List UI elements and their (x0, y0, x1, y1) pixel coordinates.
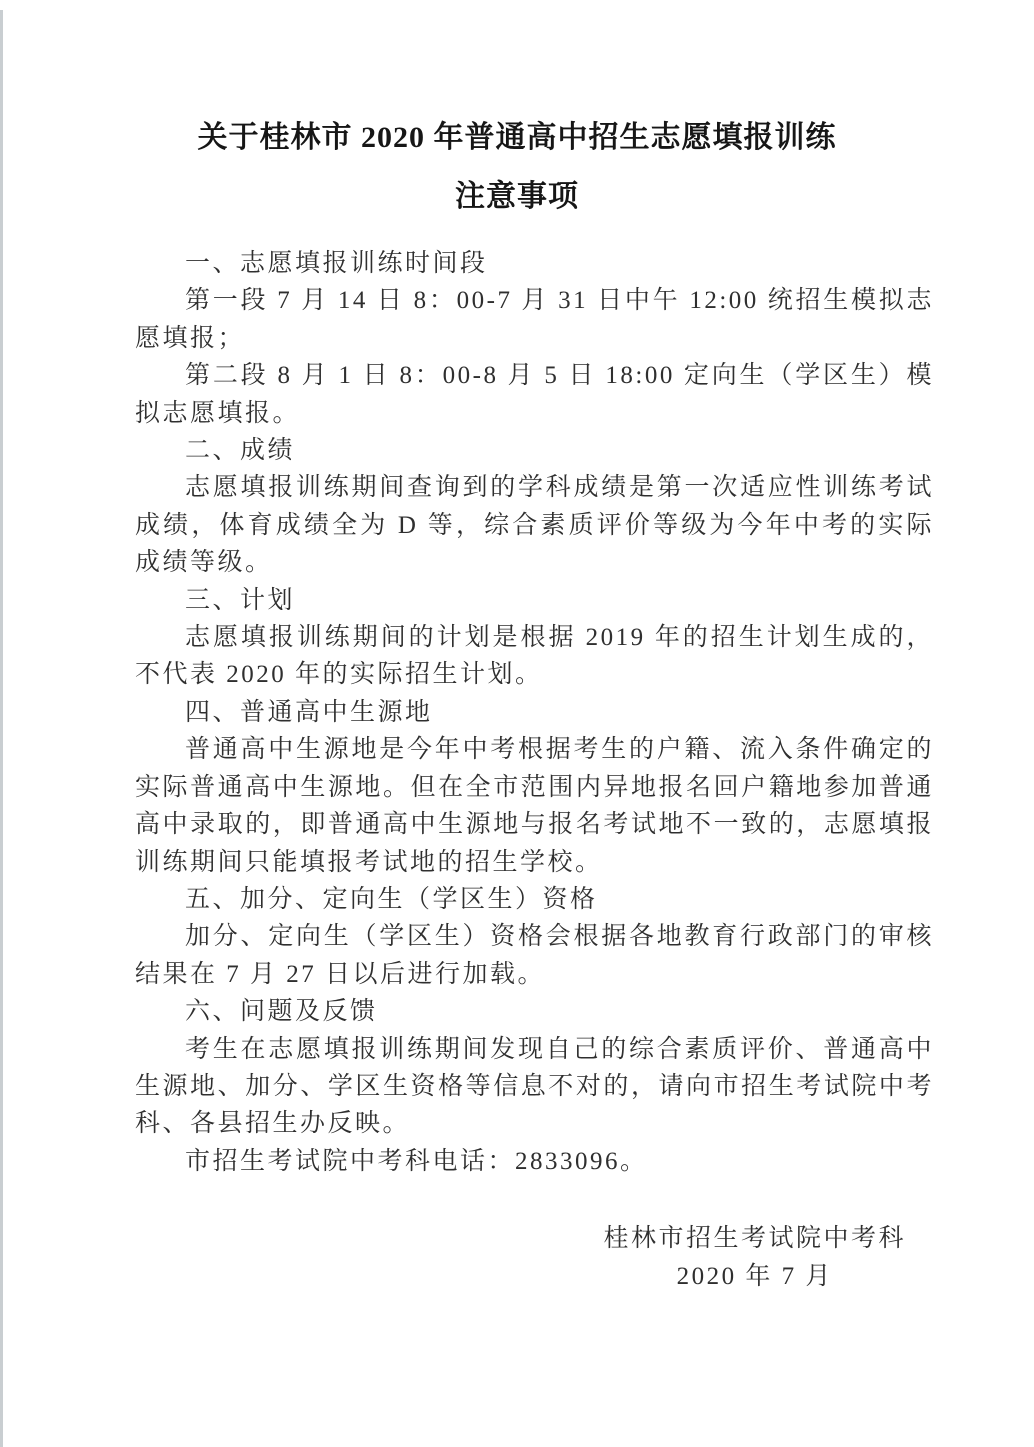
document-title-line2: 注意事项 (0, 177, 1034, 217)
section-6-paragraph-2: 市招生考试院中考科电话：2833096。 (135, 1143, 934, 1180)
section-2-heading: 二、成绩 (135, 432, 934, 469)
document-footer: 桂林市招生考试院中考科 2020 年 7 月 (0, 1220, 1034, 1296)
signature-date: 2020 年 7 月 (603, 1258, 906, 1296)
document-header: 关于桂林市 2020 年普通高中招生志愿填报训练 注意事项 (0, 0, 1034, 217)
page-left-edge (0, 10, 3, 1447)
section-4-heading: 四、普通高中生源地 (135, 694, 934, 731)
section-3-heading: 三、计划 (135, 582, 934, 619)
document-title-line1: 关于桂林市 2020 年普通高中招生志愿填报训练 (0, 118, 1034, 158)
document-page: 关于桂林市 2020 年普通高中招生志愿填报训练 注意事项 一、志愿填报训练时间… (0, 0, 1034, 1447)
section-1-paragraph-2: 第二段 8 月 1 日 8：00-8 月 5 日 18:00 定向生（学区生）模… (135, 357, 934, 432)
section-2-paragraph-1: 志愿填报训练期间查询到的学科成绩是第一次适应性训练考试成绩，体育成绩全为 D 等… (135, 469, 934, 581)
section-6-paragraph-1: 考生在志愿填报训练期间发现自己的综合素质评价、普通高中生源地、加分、学区生资格等… (135, 1031, 934, 1143)
section-4-paragraph-1: 普通高中生源地是今年中考根据考生的户籍、流入条件确定的实际普通高中生源地。但在全… (135, 731, 934, 881)
section-5-heading: 五、加分、定向生（学区生）资格 (135, 881, 934, 918)
signature-org: 桂林市招生考试院中考科 (603, 1220, 906, 1258)
section-5-paragraph-1: 加分、定向生（学区生）资格会根据各地教育行政部门的审核结果在 7 月 27 日以… (135, 918, 934, 993)
section-1-paragraph-1: 第一段 7 月 14 日 8：00-7 月 31 日中午 12:00 统招生模拟… (135, 282, 934, 357)
section-3-paragraph-1: 志愿填报训练期间的计划是根据 2019 年的招生计划生成的，不代表 2020 年… (135, 619, 934, 694)
section-6-heading: 六、问题及反馈 (135, 993, 934, 1030)
document-body: 一、志愿填报训练时间段 第一段 7 月 14 日 8：00-7 月 31 日中午… (135, 245, 934, 1180)
signature-block: 桂林市招生考试院中考科 2020 年 7 月 (603, 1220, 906, 1296)
section-1-heading: 一、志愿填报训练时间段 (135, 245, 934, 282)
